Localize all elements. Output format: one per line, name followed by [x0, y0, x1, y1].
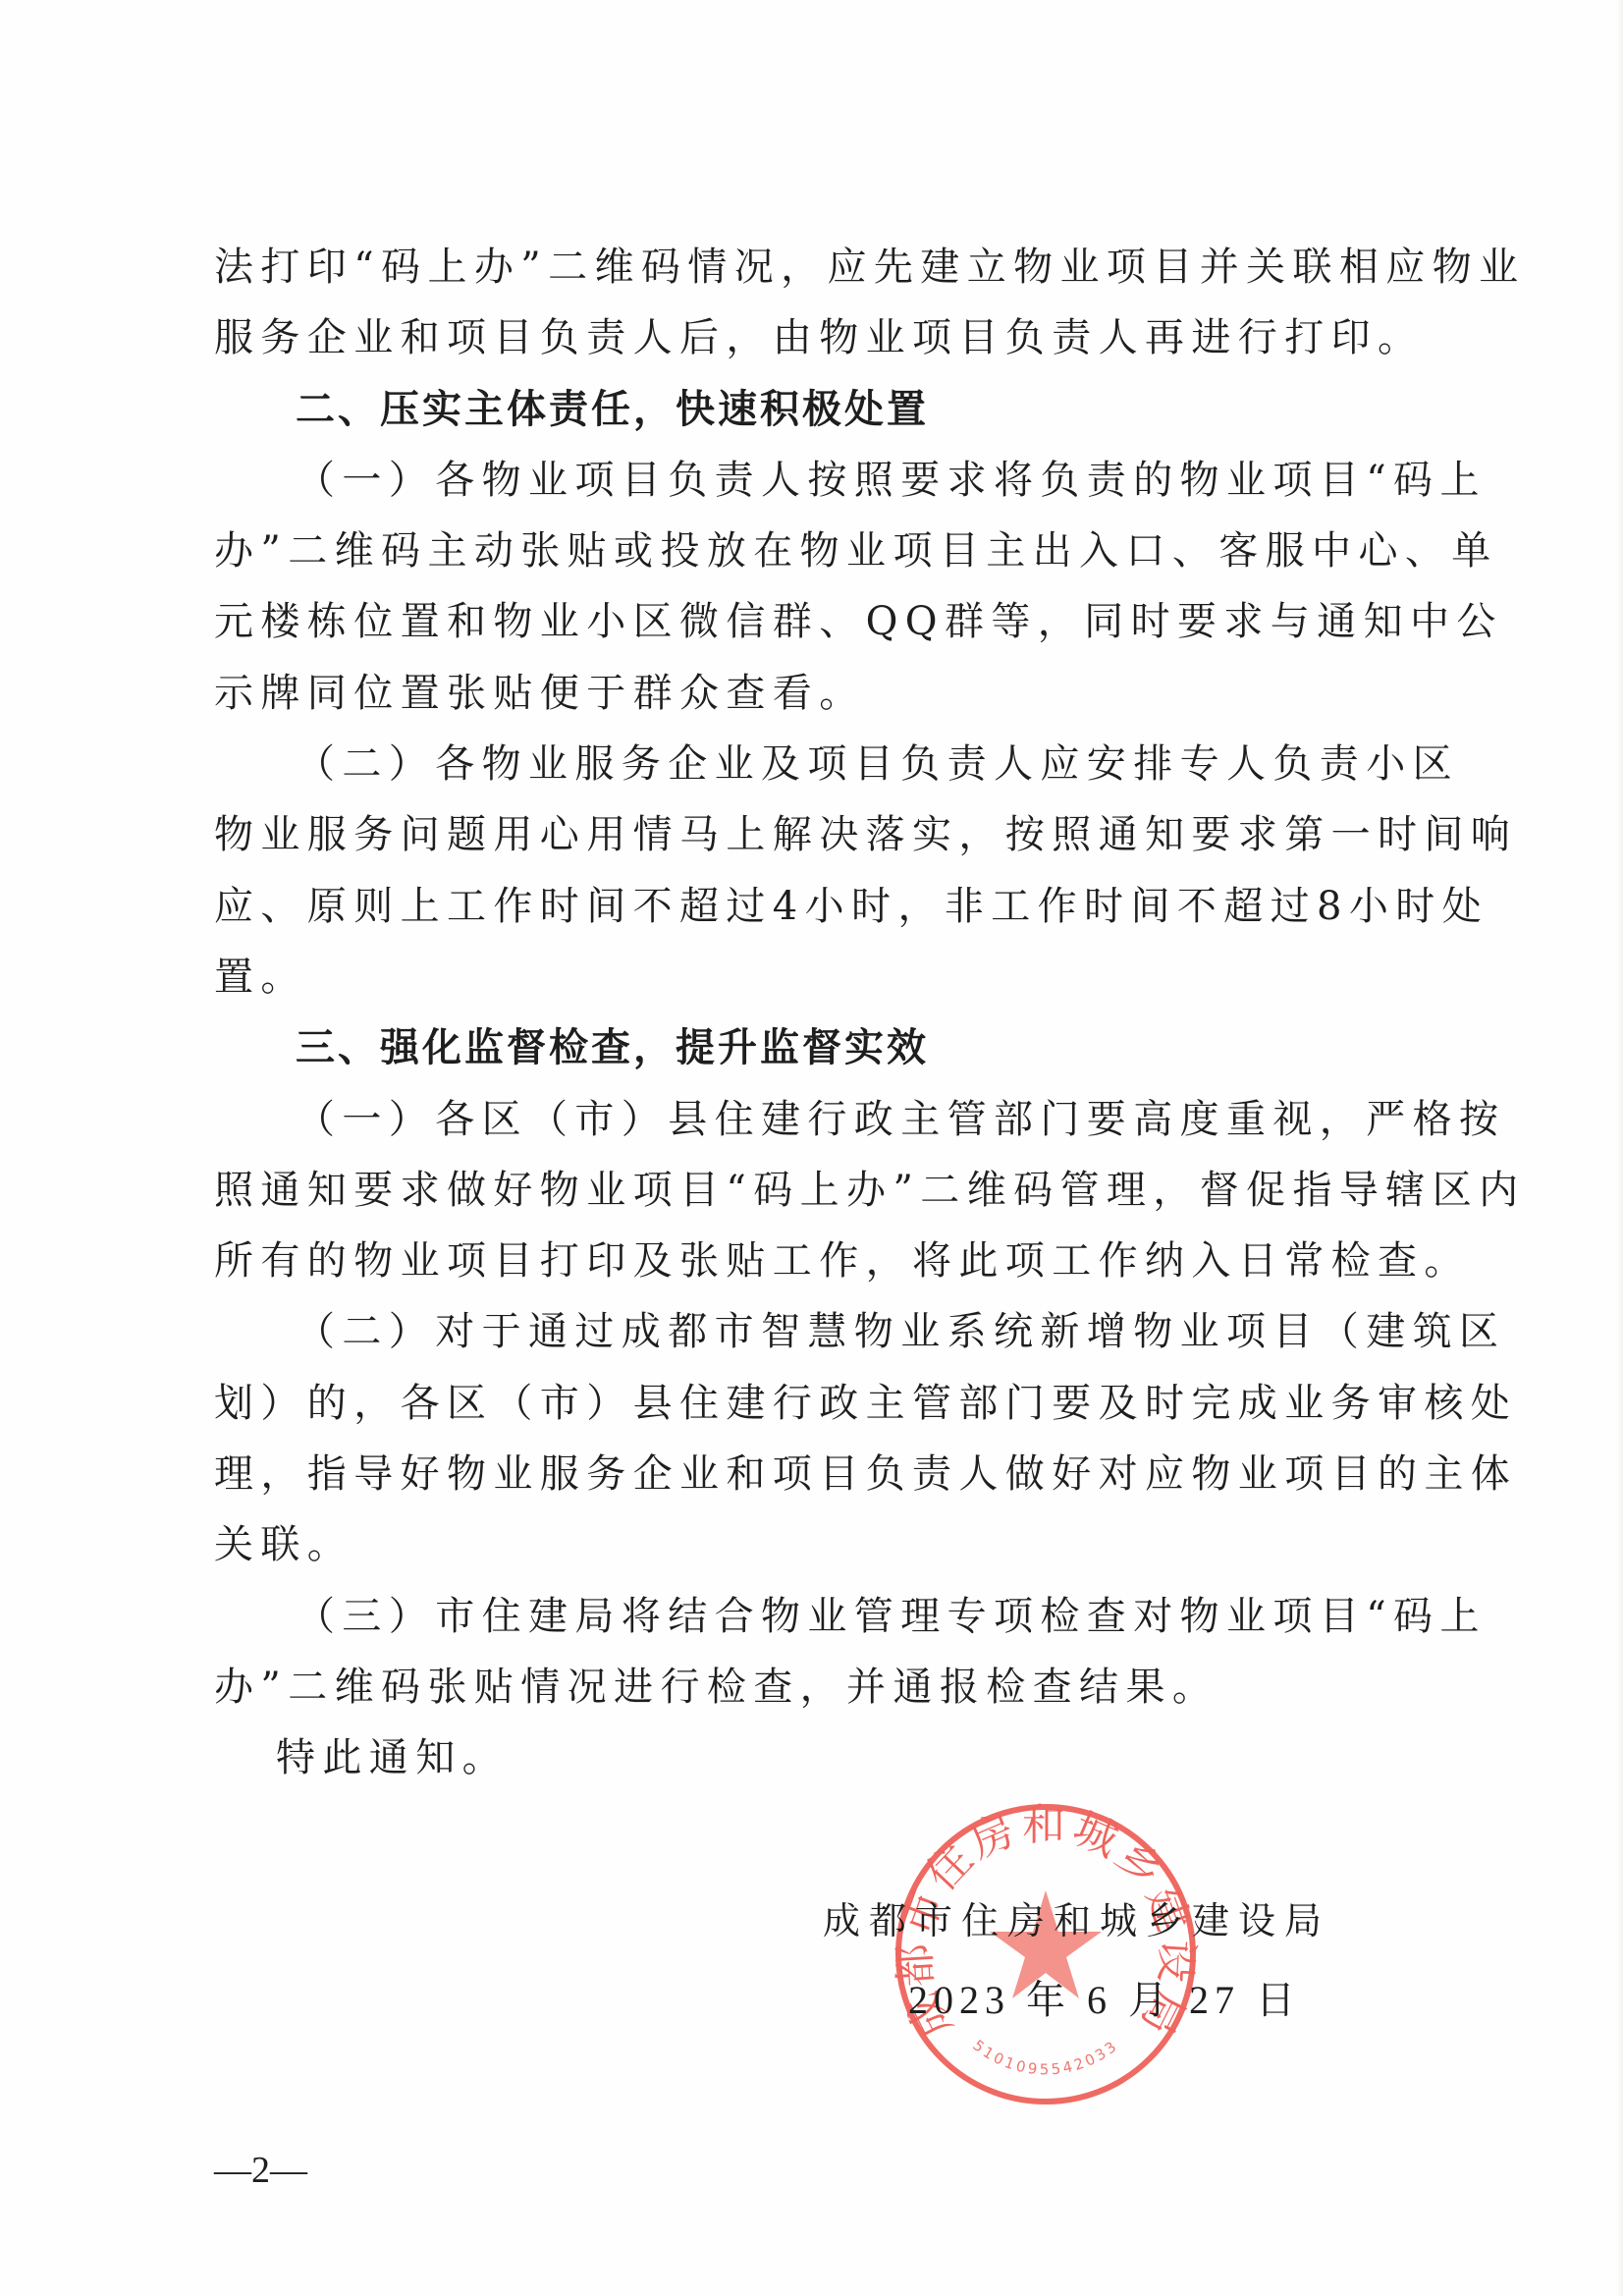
section-heading-3: 三、强化监督检查，提升监督实效 [214, 1012, 1416, 1083]
body-line: （一）各物业项目负责人按照要求将负责的物业项目“码上 [214, 445, 1416, 516]
body-line: 服务企业和项目负责人后，由物业项目负责人再进行打印。 [214, 302, 1416, 373]
body-line: （二）各物业服务企业及项目负责人应安排专人负责小区 [214, 729, 1416, 799]
body-line: 置。 [214, 942, 1416, 1012]
body-line: 法打印“码上办”二维码情况，应先建立物业项目并关联相应物业 [214, 232, 1416, 302]
body-line: 示牌同位置张贴便于群众查看。 [214, 658, 1416, 729]
body-line: 应、原则上工作时间不超过4小时，非工作时间不超过8小时处 [214, 871, 1416, 942]
body-line: （一）各区（市）县住建行政主管部门要高度重视，严格按 [214, 1084, 1416, 1155]
body-line: 理，指导好物业服务企业和项目负责人做好对应物业项目的主体 [214, 1439, 1416, 1509]
body-line: （二）对于通过成都市智慧物业系统新增物业项目（建筑区 [214, 1296, 1416, 1367]
svg-text:5101095542033: 5101095542033 [969, 2037, 1121, 2079]
official-seal: 成都市住房和城乡建设局 5101095542033 [889, 1797, 1203, 2111]
body-line: 元楼栋位置和物业小区微信群、QQ群等，同时要求与通知中公 [214, 586, 1416, 657]
body-line: 办”二维码张贴情况进行检查，并通报检查结果。 [214, 1652, 1416, 1722]
body-line: 办”二维码主动张贴或投放在物业项目主出入口、客服中心、单 [214, 516, 1416, 586]
body-line: 关联。 [214, 1509, 1416, 1580]
issuer-signature: 成都市住房和城乡建设局 [823, 1890, 1330, 1944]
section-heading-2: 二、压实主体责任，快速积极处置 [214, 374, 1416, 445]
page-number: —2— [214, 2149, 307, 2192]
body-line: 所有的物业项目打印及张贴工作，将此项工作纳入日常检查。 [214, 1226, 1416, 1296]
document-page: 法打印“码上办”二维码情况，应先建立物业项目并关联相应物业 服务企业和项目负责人… [0, 0, 1623, 2296]
seal-icon: 成都市住房和城乡建设局 5101095542033 [889, 1797, 1203, 2111]
page-edge-shadow [1617, 0, 1623, 2296]
document-body: 法打印“码上办”二维码情况，应先建立物业项目并关联相应物业 服务企业和项目负责人… [214, 232, 1416, 1794]
issue-date: 2023 年 6 月 27 日 [908, 1969, 1301, 2025]
closing-line: 特此通知。 [214, 1722, 1416, 1793]
body-line: 划）的，各区（市）县住建行政主管部门要及时完成业务审核处 [214, 1368, 1416, 1439]
body-line: 照通知要求做好物业项目“码上办”二维码管理，督促指导辖区内 [214, 1155, 1416, 1226]
body-line: （三）市住建局将结合物业管理专项检查对物业项目“码上 [214, 1581, 1416, 1652]
body-line: 物业服务问题用心用情马上解决落实，按照通知要求第一时间响 [214, 799, 1416, 870]
